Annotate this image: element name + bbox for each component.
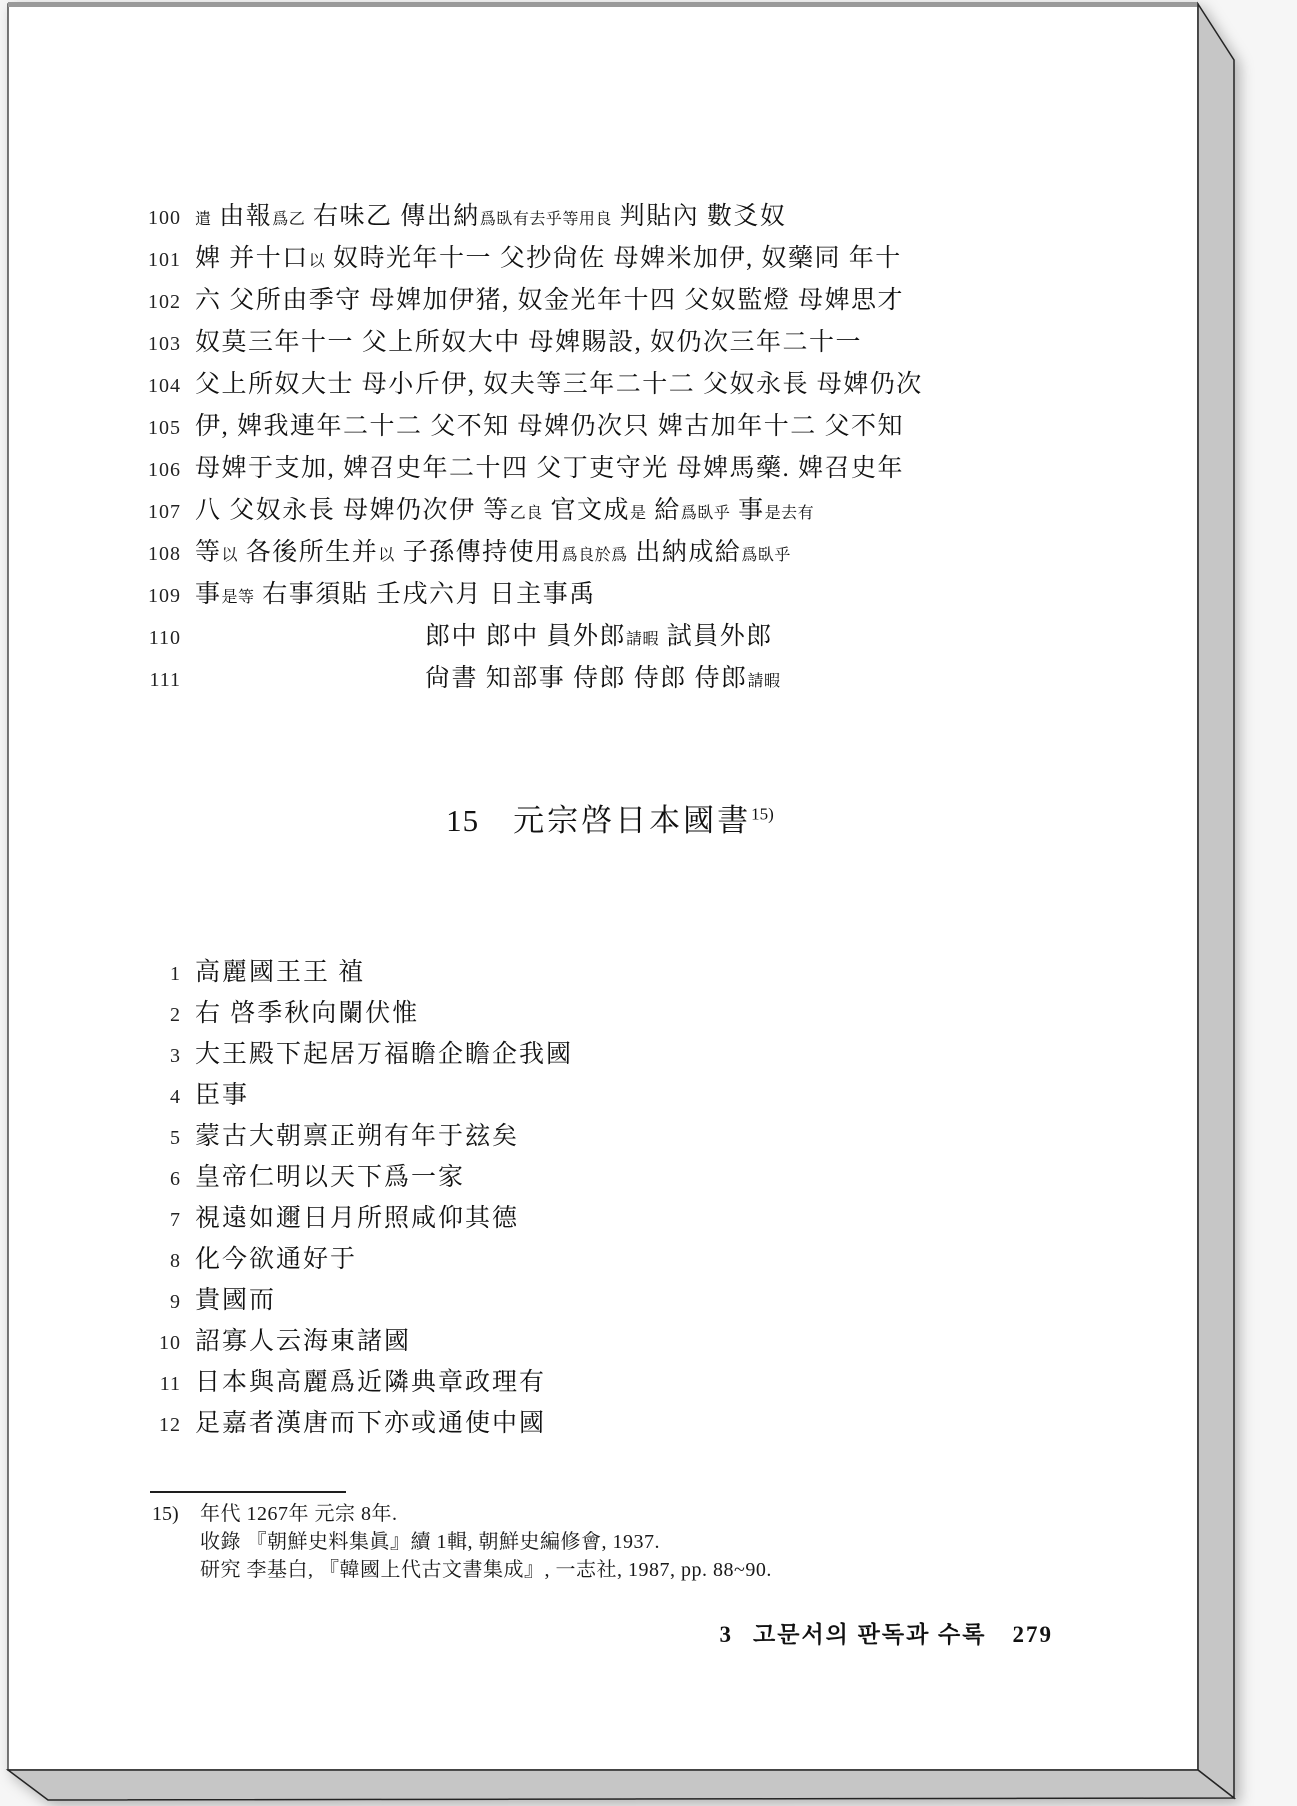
line-number: 101 bbox=[133, 239, 181, 281]
footer-chapter-title: 고문서의 판독과 수록 bbox=[753, 1622, 986, 1647]
idu-suffix: 遣 bbox=[195, 211, 212, 228]
line-number: 5 bbox=[133, 1118, 181, 1159]
idu-suffix: 以 bbox=[378, 547, 395, 564]
line-text: 化今欲通好于 bbox=[195, 1239, 357, 1280]
doc-line: 5蒙古大朝禀正朔有年于玆矣 bbox=[133, 1116, 573, 1157]
line-number: 8 bbox=[133, 1241, 181, 1282]
line-text: 視遠如邇日月所照咸仰其德 bbox=[195, 1198, 519, 1239]
line-number: 4 bbox=[133, 1077, 181, 1118]
footnote-lines: 年代 1267年 元宗 8年.收錄 『朝鮮史料集眞』續 1輯, 朝鮮史編修會, … bbox=[200, 1500, 772, 1584]
line-text: 婢 并十口以 奴時光年十一 父抄尙佐 母婢米加伊, 奴藥同 年十 bbox=[195, 238, 902, 283]
doc-line: 4臣事 bbox=[133, 1075, 573, 1116]
doc-line: 104父上所奴大士 母小斤伊, 奴夫等三年二十二 父奴永長 母婢仍次 bbox=[133, 364, 923, 406]
idu-suffix: 是去有 bbox=[765, 505, 815, 522]
footnote-marker: 15) bbox=[152, 1500, 179, 1528]
section-title: 元宗啓日本國書 bbox=[513, 803, 751, 838]
line-text: 八 父奴永長 母婢仍次伊 等乙良 官文成是 給爲臥乎 事是去有 bbox=[195, 490, 814, 535]
idu-suffix: 請暇 bbox=[626, 631, 659, 648]
line-number: 110 bbox=[133, 617, 181, 659]
footer-page-number: 279 bbox=[1013, 1622, 1054, 1647]
idu-suffix: 是 bbox=[630, 505, 647, 522]
doc-line: 108等以 各後所生并以 子孫傳持使用爲良於爲 出納成給爲臥乎 bbox=[133, 532, 923, 574]
line-text: 奴莫三年十一 父上所奴大中 母婢賜設, 奴仍次三年二十一 bbox=[195, 322, 862, 364]
line-number: 9 bbox=[133, 1282, 181, 1323]
line-number: 1 bbox=[133, 954, 181, 995]
line-number: 104 bbox=[133, 365, 181, 407]
line-number: 2 bbox=[133, 995, 181, 1036]
line-number: 103 bbox=[133, 323, 181, 365]
footnote-line: 收錄 『朝鮮史料集眞』續 1輯, 朝鮮史編修會, 1937. bbox=[200, 1528, 772, 1556]
doc-line: 2右 啓季秋向闌伏惟 bbox=[133, 993, 573, 1034]
idu-suffix: 請暇 bbox=[748, 673, 781, 690]
line-number: 10 bbox=[133, 1323, 181, 1364]
idu-suffix: 爲臥乎 bbox=[681, 505, 731, 522]
idu-suffix: 爲乙 bbox=[272, 211, 305, 228]
footer-chapter-number: 3 bbox=[720, 1622, 734, 1647]
doc-line: 12足嘉者漢唐而下亦或通使中國 bbox=[133, 1403, 573, 1444]
idu-suffix: 是等 bbox=[222, 589, 255, 606]
line-text: 詔寡人云海東諸國 bbox=[195, 1321, 411, 1362]
doc-line: 3大王殿下起居万福瞻企瞻企我國 bbox=[133, 1034, 573, 1075]
line-number: 12 bbox=[133, 1405, 181, 1446]
doc-line: 10詔寡人云海東諸國 bbox=[133, 1321, 573, 1362]
doc-line: 11日本與高麗爲近隣典章政理有 bbox=[133, 1362, 573, 1403]
doc-line: 1高麗國王王 禃 bbox=[133, 952, 573, 993]
idu-suffix: 爲良於爲 bbox=[562, 547, 628, 564]
line-text: 右 啓季秋向闌伏惟 bbox=[195, 993, 419, 1034]
line-text: 伊, 婢我連年二十二 父不知 母婢仍次只 婢古加年十二 父不知 bbox=[195, 406, 904, 448]
footnote-reference: 15) bbox=[751, 805, 774, 824]
line-number: 109 bbox=[133, 575, 181, 617]
line-text: 尙書 知部事 侍郎 侍郎 侍郎請暇 bbox=[195, 658, 781, 703]
doc-line: 9貴國而 bbox=[133, 1280, 573, 1321]
doc-line: 7視遠如邇日月所照咸仰其德 bbox=[133, 1198, 573, 1239]
line-text: 郎中 郎中 員外郎請暇 試員外郎 bbox=[195, 616, 773, 661]
scanned-page: 100遣 由報爲乙 右味乙 傳出納爲臥有去乎等用良 判貼內 數爻奴101婢 并十… bbox=[8, 4, 1198, 1770]
line-number: 108 bbox=[133, 533, 181, 575]
line-number: 111 bbox=[133, 659, 181, 701]
doc-line: 6皇帝仁明以天下爲一家 bbox=[133, 1157, 573, 1198]
doc-line: 111尙書 知部事 侍郎 侍郎 侍郎請暇 bbox=[133, 658, 923, 700]
line-text: 遣 由報爲乙 右味乙 傳出納爲臥有去乎等用良 判貼內 數爻奴 bbox=[195, 196, 786, 241]
line-text: 臣事 bbox=[195, 1075, 249, 1116]
line-text: 母婢于支加, 婢召史年二十四 父丁吏守光 母婢馬藥. 婢召史年 bbox=[195, 448, 904, 490]
footnote-separator-rule bbox=[150, 1491, 346, 1493]
line-text: 日本與高麗爲近隣典章政理有 bbox=[195, 1362, 546, 1403]
idu-suffix: 爲臥乎 bbox=[741, 547, 791, 564]
line-number: 7 bbox=[133, 1200, 181, 1241]
line-number: 100 bbox=[133, 197, 181, 239]
doc-line: 105伊, 婢我連年二十二 父不知 母婢仍次只 婢古加年十二 父不知 bbox=[133, 406, 923, 448]
line-text: 大王殿下起居万福瞻企瞻企我國 bbox=[195, 1034, 573, 1075]
line-text: 足嘉者漢唐而下亦或通使中國 bbox=[195, 1403, 546, 1444]
line-text: 事是等 右事須貼 壬戌六月 日主事禹 bbox=[195, 574, 596, 619]
footnote-line: 年代 1267年 元宗 8年. bbox=[200, 1500, 772, 1528]
doc-line: 101婢 并十口以 奴時光年十一 父抄尙佐 母婢米加伊, 奴藥同 年十 bbox=[133, 238, 923, 280]
footnote-line: 研究 李基白, 『韓國上代古文書集成』, 一志社, 1987, pp. 88~9… bbox=[200, 1556, 772, 1584]
idu-suffix: 爲臥有去乎等用良 bbox=[480, 211, 612, 228]
line-number: 106 bbox=[133, 449, 181, 491]
line-text: 皇帝仁明以天下爲一家 bbox=[195, 1157, 465, 1198]
doc-line: 103奴莫三年十一 父上所奴大中 母婢賜設, 奴仍次三年二十一 bbox=[133, 322, 923, 364]
line-text: 高麗國王王 禃 bbox=[195, 952, 365, 993]
document-1-idu-text: 100遣 由報爲乙 右味乙 傳出納爲臥有去乎等用良 判貼內 數爻奴101婢 并十… bbox=[133, 196, 923, 700]
line-number: 11 bbox=[133, 1364, 181, 1405]
doc-line: 100遣 由報爲乙 右味乙 傳出納爲臥有去乎等用良 判貼內 數爻奴 bbox=[133, 196, 923, 238]
line-number: 6 bbox=[133, 1159, 181, 1200]
running-footer: 3고문서의 판독과 수록279 bbox=[720, 1616, 1053, 1649]
idu-suffix: 乙良 bbox=[510, 505, 543, 522]
line-number: 102 bbox=[133, 281, 181, 323]
line-text: 六 父所由季守 母婢加伊猪, 奴金光年十四 父奴監燈 母婢思才 bbox=[195, 280, 904, 322]
line-text: 貴國而 bbox=[195, 1280, 276, 1321]
idu-suffix: 以 bbox=[222, 547, 239, 564]
line-text: 等以 各後所生并以 子孫傳持使用爲良於爲 出納成給爲臥乎 bbox=[195, 532, 791, 577]
line-number: 107 bbox=[133, 491, 181, 533]
section-heading: 15元宗啓日本國書15) bbox=[8, 795, 1198, 840]
section-number: 15 bbox=[446, 803, 479, 838]
screenshot-root: { "paper": { "background": "#ffffff", "e… bbox=[0, 0, 1297, 1806]
line-text: 蒙古大朝禀正朔有年于玆矣 bbox=[195, 1116, 519, 1157]
doc-line: 109事是等 右事須貼 壬戌六月 日主事禹 bbox=[133, 574, 923, 616]
doc-line: 107八 父奴永長 母婢仍次伊 等乙良 官文成是 給爲臥乎 事是去有 bbox=[133, 490, 923, 532]
line-text: 父上所奴大士 母小斤伊, 奴夫等三年二十二 父奴永長 母婢仍次 bbox=[195, 364, 923, 406]
doc-line: 110郎中 郎中 員外郎請暇 試員外郎 bbox=[133, 616, 923, 658]
doc-line: 106母婢于支加, 婢召史年二十四 父丁吏守光 母婢馬藥. 婢召史年 bbox=[133, 448, 923, 490]
doc-line: 8化今欲通好于 bbox=[133, 1239, 573, 1280]
document-2-wonjong-letter: 1高麗國王王 禃2右 啓季秋向闌伏惟3大王殿下起居万福瞻企瞻企我國4臣事5蒙古大… bbox=[133, 952, 573, 1444]
footnote-block: 15) 年代 1267年 元宗 8年.收錄 『朝鮮史料集眞』續 1輯, 朝鮮史編… bbox=[152, 1500, 772, 1584]
line-number: 3 bbox=[133, 1036, 181, 1077]
doc-line: 102六 父所由季守 母婢加伊猪, 奴金光年十四 父奴監燈 母婢思才 bbox=[133, 280, 923, 322]
idu-suffix: 以 bbox=[309, 253, 326, 270]
line-number: 105 bbox=[133, 407, 181, 449]
